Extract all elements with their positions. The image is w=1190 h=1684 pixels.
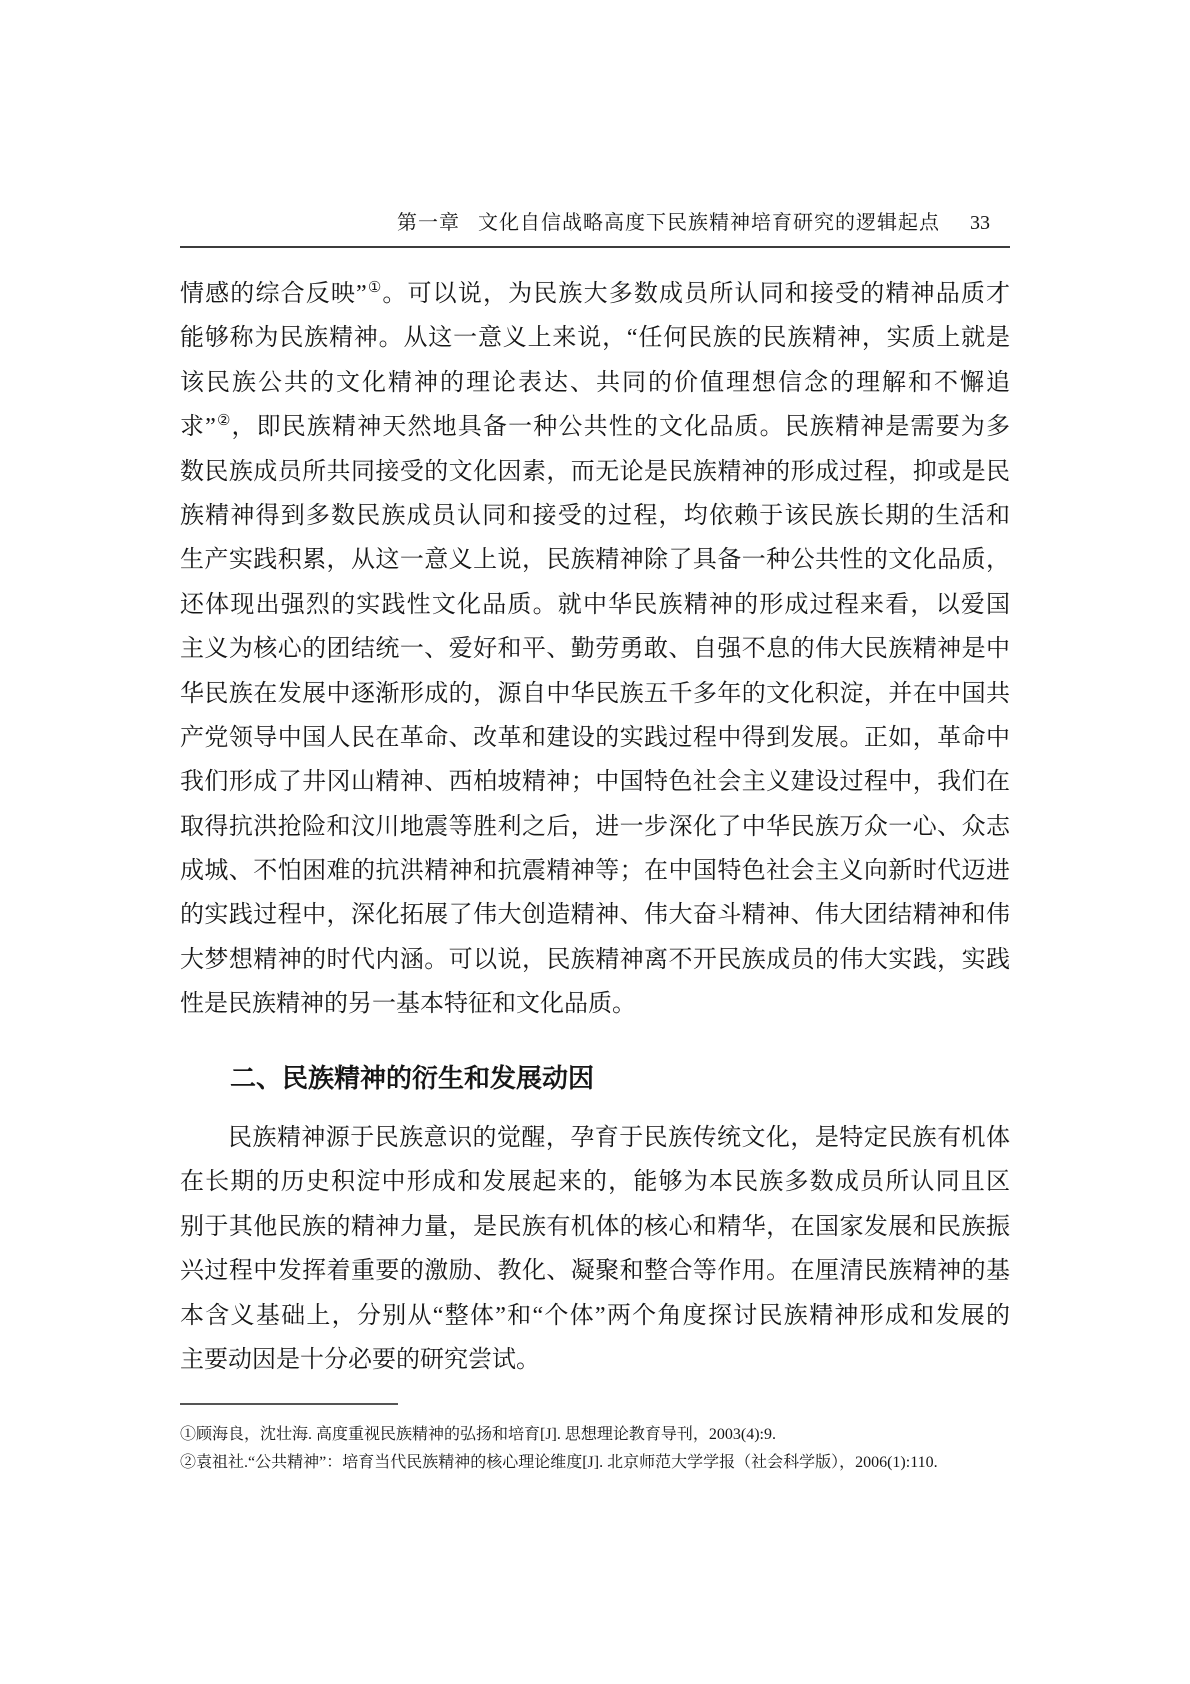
text-line: 我们形成了井冈山精神、西柏坡精神；中国特色社会主义建设过程中，我们在 [180,760,1010,804]
text-line: 生产实践积累，从这一意义上说，民族精神除了具备一种公共性的文化品质， [180,538,1010,582]
page-number: 33 [970,212,990,234]
text-line: 情感的综合反映”①。可以说，为民族大多数成员所认同和接受的精神品质才 [180,272,1010,316]
section-heading: 二、民族精神的衍生和发展动因 [180,1056,1060,1100]
footnote-ref-2: ② [216,413,232,429]
footnote-divider [180,1403,398,1405]
footnotes: ①顾海良，沈壮海. 高度重视民族精神的弘扬和培育[J]. 思想理论教育导刊，20… [180,1421,1180,1477]
footnote-ref-1: ① [367,280,383,296]
text-line: 主义为核心的团结统一、爱好和平、勤劳勇敢、自强不息的伟大民族精神是中 [180,627,1010,671]
text-line: 族精神得到多数民族成员认同和接受的过程，均依赖于该民族长期的生活和 [180,494,1010,538]
text-line: 产党领导中国人民在革命、改革和建设的实践过程中得到发展。正如，革命中 [180,716,1010,760]
text-line: 成城、不怕困难的抗洪精神和抗震精神等；在中国特色社会主义向新时代迈进 [180,849,1010,893]
text-line: 求”②，即民族精神天然地具备一种公共性的文化品质。民族精神是需要为多 [180,405,1010,449]
footnote-2: ②袁祖社.“公共精神”：培育当代民族精神的核心理论维度[J]. 北京师范大学学报… [180,1449,1180,1477]
text-line: 大梦想精神的时代内涵。可以说，民族精神离不开民族成员的伟大实践，实践 [180,938,1010,982]
paragraph-2: 民族精神源于民族意识的觉醒，孕育于民族传统文化，是特定民族有机体 在长期的历史积… [180,1116,1010,1382]
text-line: 的实践过程中，深化拓展了伟大创造精神、伟大奋斗精神、伟大团结精神和伟 [180,893,1010,937]
line-segment: ，即民族精神天然地具备一种公共性的文化品质。民族精神是需要为多 [231,414,1010,440]
text-line: 数民族成员所共同接受的文化因素，而无论是民族精神的形成过程，抑或是民 [180,450,1010,494]
text-line: 别于其他民族的精神力量，是民族有机体的核心和精华，在国家发展和民族振 [180,1205,1010,1249]
line-segment: 求” [180,414,216,440]
text-line: 本含义基础上，分别从“整体”和“个体”两个角度探讨民族精神形成和发展的 [180,1294,1010,1338]
text-line: 兴过程中发挥着重要的激励、教化、凝聚和整合等作用。在厘清民族精神的基 [180,1249,1010,1293]
text-line: 华民族在发展中逐渐形成的，源自中华民族五千多年的文化积淀，并在中国共 [180,672,1010,716]
chapter-label: 第一章 [397,212,460,234]
running-header: 第一章文化自信战略高度下民族精神培育研究的逻辑起点33 [180,210,990,236]
text-line: 主要动因是十分必要的研究尝试。 [180,1338,1010,1382]
line-segment: 情感的综合反映” [180,281,367,307]
text-line: 还体现出强烈的实践性文化品质。就中华民族精神的形成过程来看，以爱国 [180,583,1010,627]
book-page: 第一章文化自信战略高度下民族精神培育研究的逻辑起点33 情感的综合反映”①。可以… [0,0,1190,1684]
text-line: 性是民族精神的另一基本特征和文化品质。 [180,982,1010,1026]
text-line: 该民族公共的文化精神的理论表达、共同的价值理想信念的理解和不懈追 [180,361,1010,405]
text-line: 民族精神源于民族意识的觉醒，孕育于民族传统文化，是特定民族有机体 [180,1116,1010,1160]
footnote-1: ①顾海良，沈壮海. 高度重视民族精神的弘扬和培育[J]. 思想理论教育导刊，20… [180,1421,1180,1449]
text-line: 在长期的历史积淀中形成和发展起来的，能够为本民族多数成员所认同且区 [180,1160,1010,1204]
line-segment: 。可以说，为民族大多数成员所认同和接受的精神品质才 [382,281,1010,307]
text-line: 能够称为民族精神。从这一意义上来说，“任何民族的民族精神，实质上就是 [180,316,1010,360]
text-line: 取得抗洪抢险和汶川地震等胜利之后，进一步深化了中华民族万众一心、众志 [180,805,1010,849]
chapter-title: 文化自信战略高度下民族精神培育研究的逻辑起点 [478,212,940,234]
header-rule [180,246,1010,248]
paragraph-1: 情感的综合反映”①。可以说，为民族大多数成员所认同和接受的精神品质才 能够称为民… [180,272,1010,1027]
